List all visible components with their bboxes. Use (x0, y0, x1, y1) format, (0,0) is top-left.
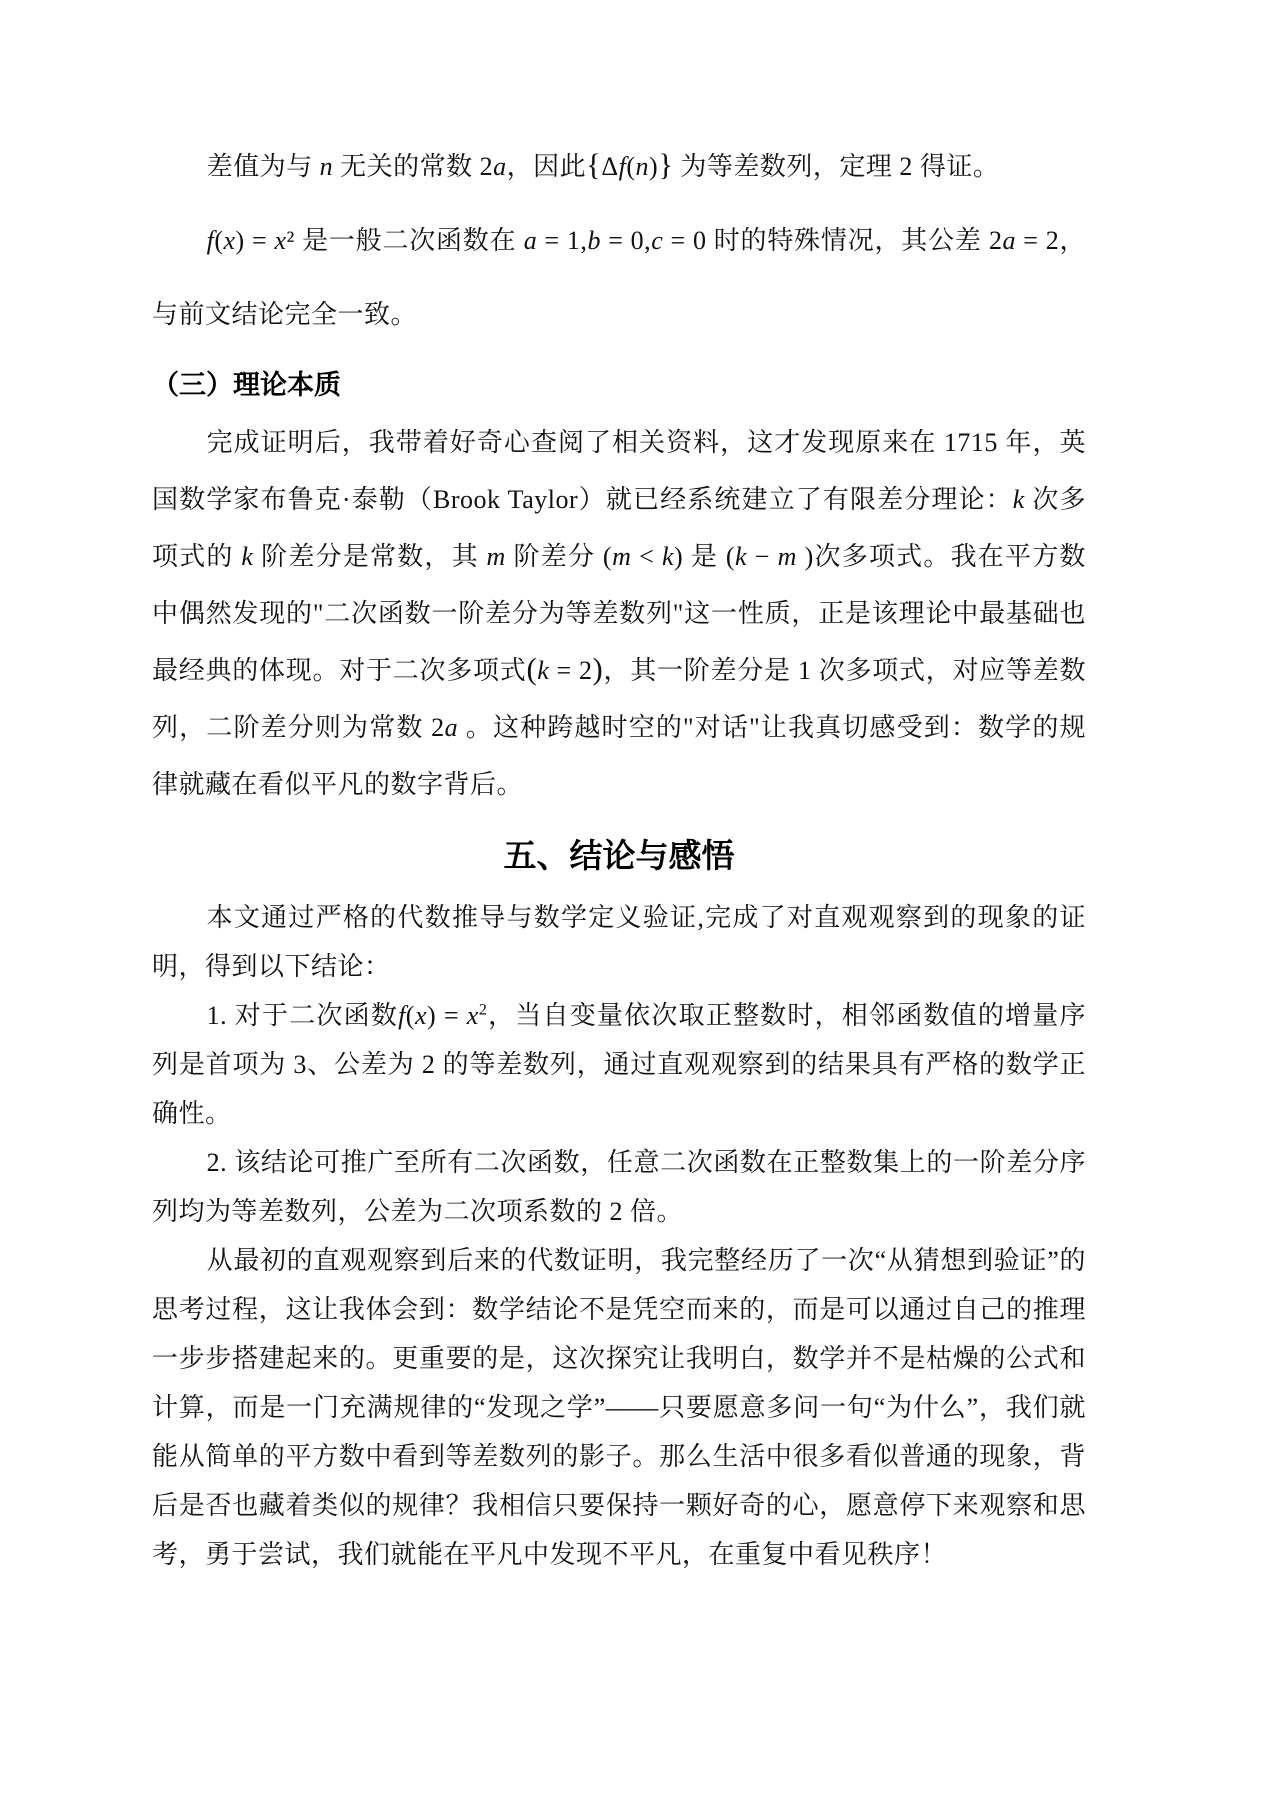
math-segment: k (662, 542, 674, 571)
math-segment: 2 (431, 713, 445, 742)
math-segment: n (320, 152, 334, 181)
math-segment: a (524, 226, 538, 255)
text-segment: 2. 该结论可推广至所有二次函数，任意二次函数在正整数集上的一阶差分序列均为等差… (152, 1148, 1086, 1226)
math-segment: x (415, 1001, 427, 1030)
math-segment: ( (603, 542, 612, 571)
math-segment: m (778, 542, 797, 571)
math-segment: − (747, 542, 778, 571)
math-segment: x (467, 1001, 479, 1030)
math-segment: ) (797, 542, 814, 571)
math-segment: ) (649, 152, 658, 181)
math-segment: Δ (601, 152, 618, 181)
math-segment: k (1013, 485, 1025, 514)
math-segment: } (658, 148, 673, 182)
text-segment: 无关的常数 (333, 152, 480, 181)
math-segment: ) = (236, 226, 275, 255)
paragraph-proof-conclusion: 差值为与 n 无关的常数 2a，因此{Δf(n)} 为等差数列，定理 2 得证。 (152, 130, 1086, 204)
text-segment: 是一般二次函数在 (295, 226, 524, 255)
text-segment: 差值为与 (207, 152, 320, 181)
math-segment: { (586, 148, 601, 182)
paragraph-conclusion-item-2: 2. 该结论可推广至所有二次函数，任意二次函数在正整数集上的一阶差分序列均为等差… (152, 1138, 1086, 1236)
math-segment: a (493, 152, 507, 181)
math-segment: n (636, 152, 650, 181)
math-segment: k (537, 656, 549, 685)
math-segment: a (1002, 226, 1016, 255)
math-segment: k (241, 542, 253, 571)
math-segment: = 2 (1016, 226, 1059, 255)
math-segment: x (224, 226, 236, 255)
math-segment: 2 (989, 226, 1003, 255)
text-segment: 1. 对于二次函数 (207, 1001, 398, 1030)
text-segment: 时的特殊情况，其公差 (706, 226, 988, 255)
math-segment: m (487, 542, 506, 571)
math-segment: m (612, 542, 631, 571)
math-segment: k (735, 542, 747, 571)
text-segment: 完成证明后，我带着好奇心查阅了相关资料，这才发现原来在 1715 年，英国数学家… (152, 428, 1086, 514)
math-segment: < (631, 542, 662, 571)
math-segment: = 1, (537, 226, 587, 255)
math-segment: = 0 (663, 226, 706, 255)
math-segment: ) (674, 542, 683, 571)
text-segment: 为等差数列，定理 2 得证。 (673, 152, 999, 181)
math-segment: x (274, 226, 286, 255)
paragraph-special-case: f(x) = x² 是一般二次函数在 a = 1,b = 0,c = 0 时的特… (152, 204, 1086, 352)
text-segment: 从最初的直观观察到后来的代数证明，我完整经历了一次“从猜想到验证”的思考过程，这… (152, 1246, 1086, 1569)
paragraph-conclusion-intro: 本文通过严格的代数推导与数学定义验证,完成了对直观观察到的现象的证明，得到以下结… (152, 893, 1086, 991)
heading-theory-essence: （三）理论本质 (152, 362, 1086, 408)
text-segment: 阶差分是常数，其 (253, 542, 486, 571)
math-segment: f (398, 1001, 406, 1030)
document-page: 差值为与 n 无关的常数 2a，因此{Δf(n)} 为等差数列，定理 2 得证。… (0, 0, 1280, 1810)
math-segment: b (587, 226, 601, 255)
math-segment: ) = (427, 1001, 467, 1030)
paragraph-reflection: 从最初的直观观察到后来的代数证明，我完整经历了一次“从猜想到验证”的思考过程，这… (152, 1236, 1086, 1579)
math-segment: ( (406, 1001, 415, 1030)
math-segment: a (445, 713, 459, 742)
text-segment: ，因此 (507, 152, 587, 181)
heading-conclusion-reflection: 五、结论与感悟 (152, 829, 1086, 883)
math-segment: ) (592, 652, 603, 686)
math-segment: = 2 (549, 656, 592, 685)
math-segment: 2 (480, 152, 494, 181)
paragraph-conclusion-item-1: 1. 对于二次函数f(x) = x2，当自变量依次取正整数时，相邻函数值的增量序… (152, 991, 1086, 1138)
math-segment: ² (287, 226, 295, 255)
math-segment: c (651, 226, 663, 255)
math-segment: ( (527, 652, 538, 686)
text-segment: 是 (683, 542, 726, 571)
text-segment: 阶差分 (506, 542, 603, 571)
math-segment: ( (726, 542, 735, 571)
math-segment: ( (214, 226, 223, 255)
math-segment: = 0, (601, 226, 651, 255)
math-segment: ( (626, 152, 635, 181)
text-segment: 本文通过严格的代数推导与数学定义验证,完成了对直观观察到的现象的证明，得到以下结… (152, 903, 1086, 981)
paragraph-theory-background: 完成证明后，我带着好奇心查阅了相关资料，这才发现原来在 1715 年，英国数学家… (152, 414, 1086, 813)
